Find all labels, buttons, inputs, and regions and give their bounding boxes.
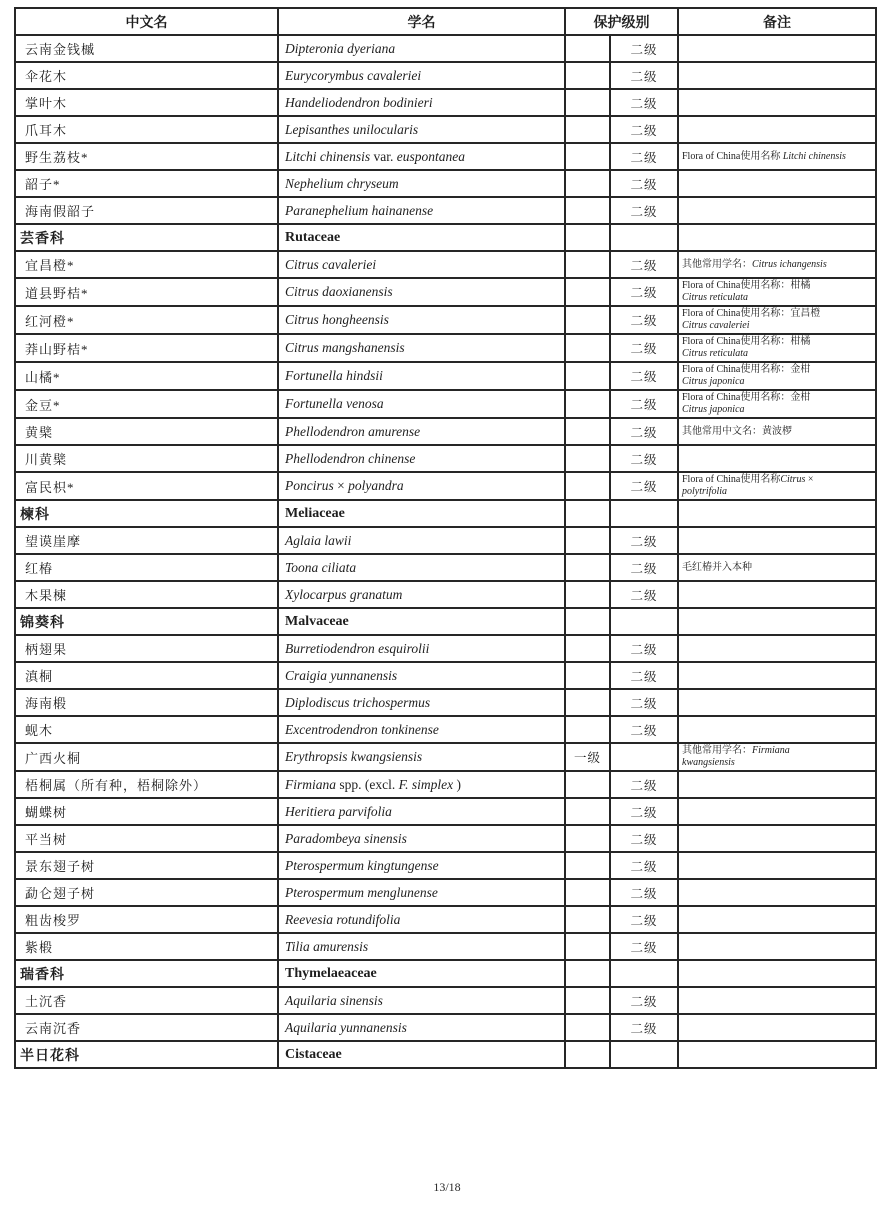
protection-level-2-cell: 二级 — [610, 278, 678, 306]
species-row: 滇桐Craigia yunnanensis二级 — [15, 662, 876, 689]
plain-text: 毛红椿并入本种 — [682, 562, 752, 573]
remarks-cell — [678, 771, 876, 798]
scientific-name-cell: Rutaceae — [278, 224, 565, 251]
protection-level-1-cell — [565, 143, 610, 170]
protection-level-1-cell — [565, 224, 610, 251]
chinese-name-cell: 木果楝 — [15, 581, 278, 608]
plain-text: Malvaceae — [285, 614, 349, 629]
protection-level-1-cell — [565, 662, 610, 689]
latin-name-text: Litchi chinensis — [285, 149, 370, 164]
species-row: 红河橙*Citrus hongheensis二级Flora of China使用… — [15, 306, 876, 334]
chinese-name-cell: 爪耳木 — [15, 116, 278, 143]
latin-name-text: Eurycorymbus cavaleriei — [285, 68, 421, 83]
latin-name-text: Pterospermum menglunense — [285, 885, 438, 900]
chinese-name-cell: 柄翅果 — [15, 635, 278, 662]
protection-level-2-cell: 二级 — [610, 933, 678, 960]
species-row: 黄檗Phellodendron amurense二级其他常用中文名：黄波椤 — [15, 418, 876, 445]
remarks-cell — [678, 581, 876, 608]
chinese-name-cell: 云南沉香 — [15, 1014, 278, 1041]
species-row: 富民枳*Poncirus × polyandra二级Flora of China… — [15, 472, 876, 500]
protection-level-1-cell — [565, 825, 610, 852]
protection-level-2-cell: 二级 — [610, 143, 678, 170]
species-row: 山橘*Fortunella hindsii二级Flora of China使用名… — [15, 362, 876, 390]
protection-level-2-cell: 二级 — [610, 251, 678, 278]
species-row: 广西火桐Erythropsis kwangsiensis一级其他常用学名：Fir… — [15, 743, 876, 771]
scientific-name-cell: Eurycorymbus cavaleriei — [278, 62, 565, 89]
protection-level-2-cell: 二级 — [610, 445, 678, 472]
scientific-name-cell: Handeliodendron bodinieri — [278, 89, 565, 116]
remarks-cell: Flora of China使用名称Citrus ×polytrifolia — [678, 472, 876, 500]
remarks-cell — [678, 662, 876, 689]
scientific-name-cell: Lepisanthes unilocularis — [278, 116, 565, 143]
chinese-name-cell: 半日花科 — [15, 1041, 278, 1068]
protection-level-1-cell — [565, 554, 610, 581]
chinese-name-cell: 楝科 — [15, 500, 278, 527]
page-number: 13/18 — [0, 1180, 894, 1195]
protection-level-1-cell — [565, 62, 610, 89]
latin-name-text: Craigia yunnanensis — [285, 668, 397, 683]
remarks-cell — [678, 224, 876, 251]
latin-name-text: Heritiera parvifolia — [285, 804, 392, 819]
scientific-name-cell: Xylocarpus granatum — [278, 581, 565, 608]
latin-name-text: Diplodiscus trichospermus — [285, 695, 430, 710]
chinese-name-cell: 土沉香 — [15, 987, 278, 1014]
remarks-cell — [678, 798, 876, 825]
chinese-name-cell: 云南金钱槭 — [15, 35, 278, 62]
remarks-cell — [678, 960, 876, 987]
family-row: 锦葵科Malvaceae — [15, 608, 876, 635]
protection-level-1-cell — [565, 608, 610, 635]
protection-level-2-cell: 二级 — [610, 689, 678, 716]
protection-level-1-cell — [565, 472, 610, 500]
species-row: 金豆*Fortunella venosa二级Flora of China使用名称… — [15, 390, 876, 418]
species-row: 云南沉香Aquilaria yunnanensis二级 — [15, 1014, 876, 1041]
protection-level-1-cell — [565, 89, 610, 116]
protection-level-2-cell: 二级 — [610, 334, 678, 362]
latin-name-text: Citrus japonica — [682, 404, 745, 415]
scientific-name-cell: Aglaia lawii — [278, 527, 565, 554]
protection-level-2-cell — [610, 1041, 678, 1068]
plain-text: 其他常用中文名：黄波椤 — [682, 426, 792, 437]
remarks-cell: 其他常用学名：Firmianakwangsiensis — [678, 743, 876, 771]
header-chinese-name: 中文名 — [15, 8, 278, 35]
scientific-name-cell: Firmiana spp. (excl. F. simplex ) — [278, 771, 565, 798]
chinese-name-cell: 景东翅子树 — [15, 852, 278, 879]
scientific-name-cell: Excentrodendron tonkinense — [278, 716, 565, 743]
plain-text: × — [334, 478, 348, 493]
remarks-cell — [678, 879, 876, 906]
latin-name-text: kwangsiensis — [682, 757, 735, 768]
remarks-cell — [678, 825, 876, 852]
scientific-name-cell: Aquilaria sinensis — [278, 987, 565, 1014]
latin-name-text: Fortunella hindsii — [285, 368, 383, 383]
chinese-name-cell: 粗齿梭罗 — [15, 906, 278, 933]
plain-text: Rutaceae — [285, 230, 340, 245]
latin-name-text: Reevesia rotundifolia — [285, 912, 400, 927]
species-row: 道县野桔*Citrus daoxianensis二级Flora of China… — [15, 278, 876, 306]
protection-level-2-cell: 二级 — [610, 662, 678, 689]
scientific-name-cell: Heritiera parvifolia — [278, 798, 565, 825]
species-row: 韶子*Nephelium chryseum二级 — [15, 170, 876, 197]
chinese-name-cell: 道县野桔* — [15, 278, 278, 306]
protection-level-2-cell: 二级 — [610, 390, 678, 418]
chinese-name-cell: 伞花木 — [15, 62, 278, 89]
scientific-name-cell: Citrus hongheensis — [278, 306, 565, 334]
latin-name-text: Poncirus — [285, 478, 334, 493]
scientific-name-cell: Erythropsis kwangsiensis — [278, 743, 565, 771]
protection-level-2-cell — [610, 224, 678, 251]
plain-text: Flora of China使用名称：金柑 — [682, 392, 810, 403]
chinese-name-cell: 莽山野桔* — [15, 334, 278, 362]
chinese-name-cell: 掌叶木 — [15, 89, 278, 116]
protection-level-2-cell: 二级 — [610, 197, 678, 224]
species-row: 木果楝Xylocarpus granatum二级 — [15, 581, 876, 608]
plain-text: Flora of China使用名称 — [682, 151, 783, 162]
protection-level-1-cell — [565, 418, 610, 445]
latin-name-text: Citrus reticulata — [682, 292, 748, 303]
latin-name-text: Citrus — [780, 474, 805, 485]
remarks-cell: 其他常用学名：Citrus ichangensis — [678, 251, 876, 278]
remarks-cell: Flora of China使用名称 Litchi chinensis — [678, 143, 876, 170]
latin-name-text: F. simplex — [399, 777, 454, 792]
latin-name-text: Lepisanthes unilocularis — [285, 122, 418, 137]
remarks-cell — [678, 1014, 876, 1041]
latin-name-text: Firmiana — [752, 745, 790, 756]
protection-level-2-cell: 二级 — [610, 35, 678, 62]
latin-name-text: Paranephelium hainanense — [285, 203, 433, 218]
species-row: 望谟崖摩Aglaia lawii二级 — [15, 527, 876, 554]
header-protection-level: 保护级别 — [565, 8, 678, 35]
protection-level-1-cell — [565, 251, 610, 278]
scientific-name-cell: Dipteronia dyeriana — [278, 35, 565, 62]
header-remarks: 备注 — [678, 8, 876, 35]
remarks-cell — [678, 689, 876, 716]
remarks-cell — [678, 527, 876, 554]
remarks-cell — [678, 197, 876, 224]
remarks-cell — [678, 852, 876, 879]
protection-level-1-cell — [565, 170, 610, 197]
scientific-name-cell: Paradombeya sinensis — [278, 825, 565, 852]
latin-name-text: Aglaia lawii — [285, 533, 351, 548]
scientific-name-cell: Fortunella venosa — [278, 390, 565, 418]
chinese-name-cell: 蚬木 — [15, 716, 278, 743]
scientific-name-cell: Pterospermum kingtungense — [278, 852, 565, 879]
scientific-name-cell: Paranephelium hainanense — [278, 197, 565, 224]
family-row: 芸香科Rutaceae — [15, 224, 876, 251]
protection-level-2-cell: 二级 — [610, 362, 678, 390]
plain-text: Cistaceae — [285, 1047, 342, 1062]
latin-name-text: Citrus mangshanensis — [285, 340, 405, 355]
latin-name-text: Citrus hongheensis — [285, 312, 389, 327]
protection-level-1-cell — [565, 635, 610, 662]
remarks-cell — [678, 62, 876, 89]
latin-name-text: Handeliodendron bodinieri — [285, 95, 433, 110]
scientific-name-cell: Reevesia rotundifolia — [278, 906, 565, 933]
remarks-cell: Flora of China使用名称：柑橘Citrus reticulata — [678, 278, 876, 306]
protection-level-1-cell — [565, 362, 610, 390]
species-row: 景东翅子树Pterospermum kingtungense二级 — [15, 852, 876, 879]
scientific-name-cell: Tilia amurensis — [278, 933, 565, 960]
scientific-name-cell: Diplodiscus trichospermus — [278, 689, 565, 716]
latin-name-text: euspontanea — [397, 149, 465, 164]
scientific-name-cell: Nephelium chryseum — [278, 170, 565, 197]
latin-name-text: Paradombeya sinensis — [285, 831, 407, 846]
latin-name-text: Aquilaria yunnanensis — [285, 1020, 407, 1035]
protection-level-2-cell: 二级 — [610, 116, 678, 143]
remarks-cell: Flora of China使用名称：宜昌橙Citrus cavaleriei — [678, 306, 876, 334]
protection-level-1-cell — [565, 960, 610, 987]
protection-level-1-cell — [565, 197, 610, 224]
scientific-name-cell: Meliaceae — [278, 500, 565, 527]
protection-level-1-cell — [565, 987, 610, 1014]
remarks-cell — [678, 35, 876, 62]
chinese-name-cell: 平当树 — [15, 825, 278, 852]
latin-name-text: Phellodendron amurense — [285, 424, 420, 439]
latin-name-text: Erythropsis kwangsiensis — [285, 749, 422, 764]
latin-name-text: Burretiodendron esquirolii — [285, 641, 429, 656]
species-row: 土沉香Aquilaria sinensis二级 — [15, 987, 876, 1014]
species-row: 海南假韶子Paranephelium hainanense二级 — [15, 197, 876, 224]
chinese-name-cell: 芸香科 — [15, 224, 278, 251]
species-row: 红椿Toona ciliata二级毛红椿并入本种 — [15, 554, 876, 581]
protection-level-1-cell — [565, 581, 610, 608]
plain-text: × — [805, 474, 813, 485]
latin-name-text: Fortunella venosa — [285, 396, 384, 411]
protection-level-1-cell — [565, 716, 610, 743]
remarks-cell — [678, 89, 876, 116]
scientific-name-cell: Litchi chinensis var. euspontanea — [278, 143, 565, 170]
protection-level-2-cell: 二级 — [610, 527, 678, 554]
protection-level-1-cell — [565, 798, 610, 825]
scientific-name-cell: Fortunella hindsii — [278, 362, 565, 390]
species-row: 野生荔枝*Litchi chinensis var. euspontanea二级… — [15, 143, 876, 170]
protection-level-1-cell — [565, 933, 610, 960]
plain-text: var. — [370, 149, 397, 164]
latin-name-text: Citrus reticulata — [682, 348, 748, 359]
chinese-name-cell: 富民枳* — [15, 472, 278, 500]
protection-level-2-cell: 二级 — [610, 62, 678, 89]
protection-level-2-cell: 二级 — [610, 89, 678, 116]
species-row: 宜昌橙*Citrus cavaleriei二级其他常用学名：Citrus ich… — [15, 251, 876, 278]
latin-name-text: Tilia amurensis — [285, 939, 368, 954]
protection-level-1-cell — [565, 445, 610, 472]
scientific-name-cell: Burretiodendron esquirolii — [278, 635, 565, 662]
latin-name-text: Pterospermum kingtungense — [285, 858, 439, 873]
species-row: 蚬木Excentrodendron tonkinense二级 — [15, 716, 876, 743]
species-row: 莽山野桔*Citrus mangshanensis二级Flora of Chin… — [15, 334, 876, 362]
protection-level-1-cell — [565, 879, 610, 906]
scientific-name-cell: Phellodendron chinense — [278, 445, 565, 472]
protection-level-1-cell — [565, 1041, 610, 1068]
plain-text: Flora of China使用名称：金柑 — [682, 364, 810, 375]
remarks-cell — [678, 716, 876, 743]
protection-level-2-cell: 二级 — [610, 635, 678, 662]
protection-level-2-cell: 二级 — [610, 879, 678, 906]
protection-level-1-cell — [565, 334, 610, 362]
protection-level-1-cell — [565, 500, 610, 527]
latin-name-text: Firmiana — [285, 777, 336, 792]
protection-level-2-cell: 二级 — [610, 306, 678, 334]
protection-level-2-cell — [610, 608, 678, 635]
family-row: 瑞香科Thymelaeaceae — [15, 960, 876, 987]
latin-name-text: Toona ciliata — [285, 560, 356, 575]
plain-text: Flora of China使用名称：柑橘 — [682, 280, 810, 291]
species-row: 海南椴Diplodiscus trichospermus二级 — [15, 689, 876, 716]
protection-level-2-cell: 二级 — [610, 987, 678, 1014]
chinese-name-cell: 红椿 — [15, 554, 278, 581]
protection-level-1-cell — [565, 116, 610, 143]
remarks-cell: 其他常用中文名：黄波椤 — [678, 418, 876, 445]
plain-text: Flora of China使用名称：宜昌橙 — [682, 308, 820, 319]
protection-level-2-cell: 二级 — [610, 581, 678, 608]
species-row: 紫椴Tilia amurensis二级 — [15, 933, 876, 960]
chinese-name-cell: 锦葵科 — [15, 608, 278, 635]
protection-level-1-cell — [565, 1014, 610, 1041]
family-row: 半日花科Cistaceae — [15, 1041, 876, 1068]
species-row: 云南金钱槭Dipteronia dyeriana二级 — [15, 35, 876, 62]
protection-level-2-cell — [610, 743, 678, 771]
protection-level-1-cell — [565, 35, 610, 62]
chinese-name-cell: 梧桐属（所有种，梧桐除外） — [15, 771, 278, 798]
remarks-cell: Flora of China使用名称：金柑Citrus japonica — [678, 390, 876, 418]
chinese-name-cell: 川黄檗 — [15, 445, 278, 472]
remarks-cell — [678, 500, 876, 527]
plain-text: Meliaceae — [285, 506, 345, 521]
remarks-cell — [678, 608, 876, 635]
table-body: 云南金钱槭Dipteronia dyeriana二级伞花木Eurycorymbu… — [15, 35, 876, 1068]
species-row: 爪耳木Lepisanthes unilocularis二级 — [15, 116, 876, 143]
latin-name-text: Nephelium chryseum — [285, 176, 399, 191]
chinese-name-cell: 广西火桐 — [15, 743, 278, 771]
remarks-cell — [678, 635, 876, 662]
chinese-name-cell: 海南椴 — [15, 689, 278, 716]
latin-name-text: Litchi chinensis — [783, 151, 846, 162]
plain-text: spp. (excl. — [336, 777, 399, 792]
scientific-name-cell: Cistaceae — [278, 1041, 565, 1068]
scientific-name-cell: Phellodendron amurense — [278, 418, 565, 445]
header-scientific-name: 学名 — [278, 8, 565, 35]
scientific-name-cell: Craigia yunnanensis — [278, 662, 565, 689]
species-row: 掌叶木Handeliodendron bodinieri二级 — [15, 89, 876, 116]
scientific-name-cell: Pterospermum menglunense — [278, 879, 565, 906]
remarks-cell — [678, 1041, 876, 1068]
latin-name-text: Phellodendron chinense — [285, 451, 415, 466]
remarks-cell: Flora of China使用名称：金柑Citrus japonica — [678, 362, 876, 390]
scientific-name-cell: Thymelaeaceae — [278, 960, 565, 987]
species-row: 梧桐属（所有种，梧桐除外）Firmiana spp. (excl. F. sim… — [15, 771, 876, 798]
scientific-name-cell: Citrus cavaleriei — [278, 251, 565, 278]
remarks-cell — [678, 906, 876, 933]
species-row: 柄翅果Burretiodendron esquirolii二级 — [15, 635, 876, 662]
latin-name-text: Citrus japonica — [682, 376, 745, 387]
protection-level-2-cell: 二级 — [610, 472, 678, 500]
latin-name-text: polytrifolia — [682, 486, 727, 497]
plain-text: 其他常用学名： — [682, 259, 752, 270]
protection-level-2-cell: 二级 — [610, 1014, 678, 1041]
protection-level-2-cell: 二级 — [610, 554, 678, 581]
protection-level-2-cell: 二级 — [610, 852, 678, 879]
latin-name-text: Excentrodendron tonkinense — [285, 722, 439, 737]
scientific-name-cell: Toona ciliata — [278, 554, 565, 581]
remarks-cell — [678, 445, 876, 472]
scientific-name-cell: Citrus mangshanensis — [278, 334, 565, 362]
protection-level-1-cell — [565, 527, 610, 554]
protection-level-2-cell: 二级 — [610, 716, 678, 743]
latin-name-text: Citrus cavaleriei — [682, 320, 750, 331]
species-table: 中文名 学名 保护级别 备注 云南金钱槭Dipteronia dyeriana二… — [14, 7, 877, 1069]
species-row: 粗齿梭罗Reevesia rotundifolia二级 — [15, 906, 876, 933]
protection-level-1-cell — [565, 278, 610, 306]
latin-name-text: Citrus ichangensis — [752, 259, 827, 270]
protection-level-2-cell: 二级 — [610, 906, 678, 933]
protection-level-1-cell — [565, 390, 610, 418]
remarks-cell — [678, 987, 876, 1014]
protection-level-2-cell — [610, 960, 678, 987]
protection-level-2-cell: 二级 — [610, 825, 678, 852]
family-row: 楝科Meliaceae — [15, 500, 876, 527]
chinese-name-cell: 蝴蝶树 — [15, 798, 278, 825]
scientific-name-cell: Aquilaria yunnanensis — [278, 1014, 565, 1041]
header-row: 中文名 学名 保护级别 备注 — [15, 8, 876, 35]
protection-level-2-cell — [610, 500, 678, 527]
protection-level-1-cell — [565, 689, 610, 716]
remarks-cell — [678, 116, 876, 143]
plain-text: 其他常用学名： — [682, 745, 752, 756]
latin-name-text: Citrus daoxianensis — [285, 284, 393, 299]
protection-level-1-cell — [565, 906, 610, 933]
scientific-name-cell: Citrus daoxianensis — [278, 278, 565, 306]
chinese-name-cell: 金豆* — [15, 390, 278, 418]
protection-level-1-cell: 一级 — [565, 743, 610, 771]
remarks-cell — [678, 933, 876, 960]
protection-level-1-cell — [565, 306, 610, 334]
latin-name-text: Citrus cavaleriei — [285, 257, 376, 272]
protection-level-2-cell: 二级 — [610, 771, 678, 798]
chinese-name-cell: 紫椴 — [15, 933, 278, 960]
species-row: 川黄檗Phellodendron chinense二级 — [15, 445, 876, 472]
plain-text: Thymelaeaceae — [285, 966, 377, 981]
scientific-name-cell: Poncirus × polyandra — [278, 472, 565, 500]
latin-name-text: Xylocarpus granatum — [285, 587, 402, 602]
chinese-name-cell: 滇桐 — [15, 662, 278, 689]
protection-level-1-cell — [565, 771, 610, 798]
protection-level-2-cell: 二级 — [610, 418, 678, 445]
protection-level-2-cell: 二级 — [610, 170, 678, 197]
remarks-cell: 毛红椿并入本种 — [678, 554, 876, 581]
protection-level-1-cell — [565, 852, 610, 879]
species-row: 伞花木Eurycorymbus cavaleriei二级 — [15, 62, 876, 89]
chinese-name-cell: 瑞香科 — [15, 960, 278, 987]
scientific-name-cell: Malvaceae — [278, 608, 565, 635]
species-row: 平当树Paradombeya sinensis二级 — [15, 825, 876, 852]
chinese-name-cell: 海南假韶子 — [15, 197, 278, 224]
protection-level-2-cell: 二级 — [610, 798, 678, 825]
latin-name-text: Aquilaria sinensis — [285, 993, 383, 1008]
chinese-name-cell: 宜昌橙* — [15, 251, 278, 278]
document-page: 中文名 学名 保护级别 备注 云南金钱槭Dipteronia dyeriana二… — [0, 0, 894, 1215]
chinese-name-cell: 勐仑翅子树 — [15, 879, 278, 906]
plain-text: ) — [453, 777, 461, 792]
plain-text: Flora of China使用名称 — [682, 474, 780, 485]
chinese-name-cell: 山橘* — [15, 362, 278, 390]
chinese-name-cell: 韶子* — [15, 170, 278, 197]
species-row: 勐仑翅子树Pterospermum menglunense二级 — [15, 879, 876, 906]
chinese-name-cell: 黄檗 — [15, 418, 278, 445]
remarks-cell: Flora of China使用名称：柑橘Citrus reticulata — [678, 334, 876, 362]
species-row: 蝴蝶树Heritiera parvifolia二级 — [15, 798, 876, 825]
chinese-name-cell: 望谟崖摩 — [15, 527, 278, 554]
latin-name-text: polyandra — [348, 478, 404, 493]
